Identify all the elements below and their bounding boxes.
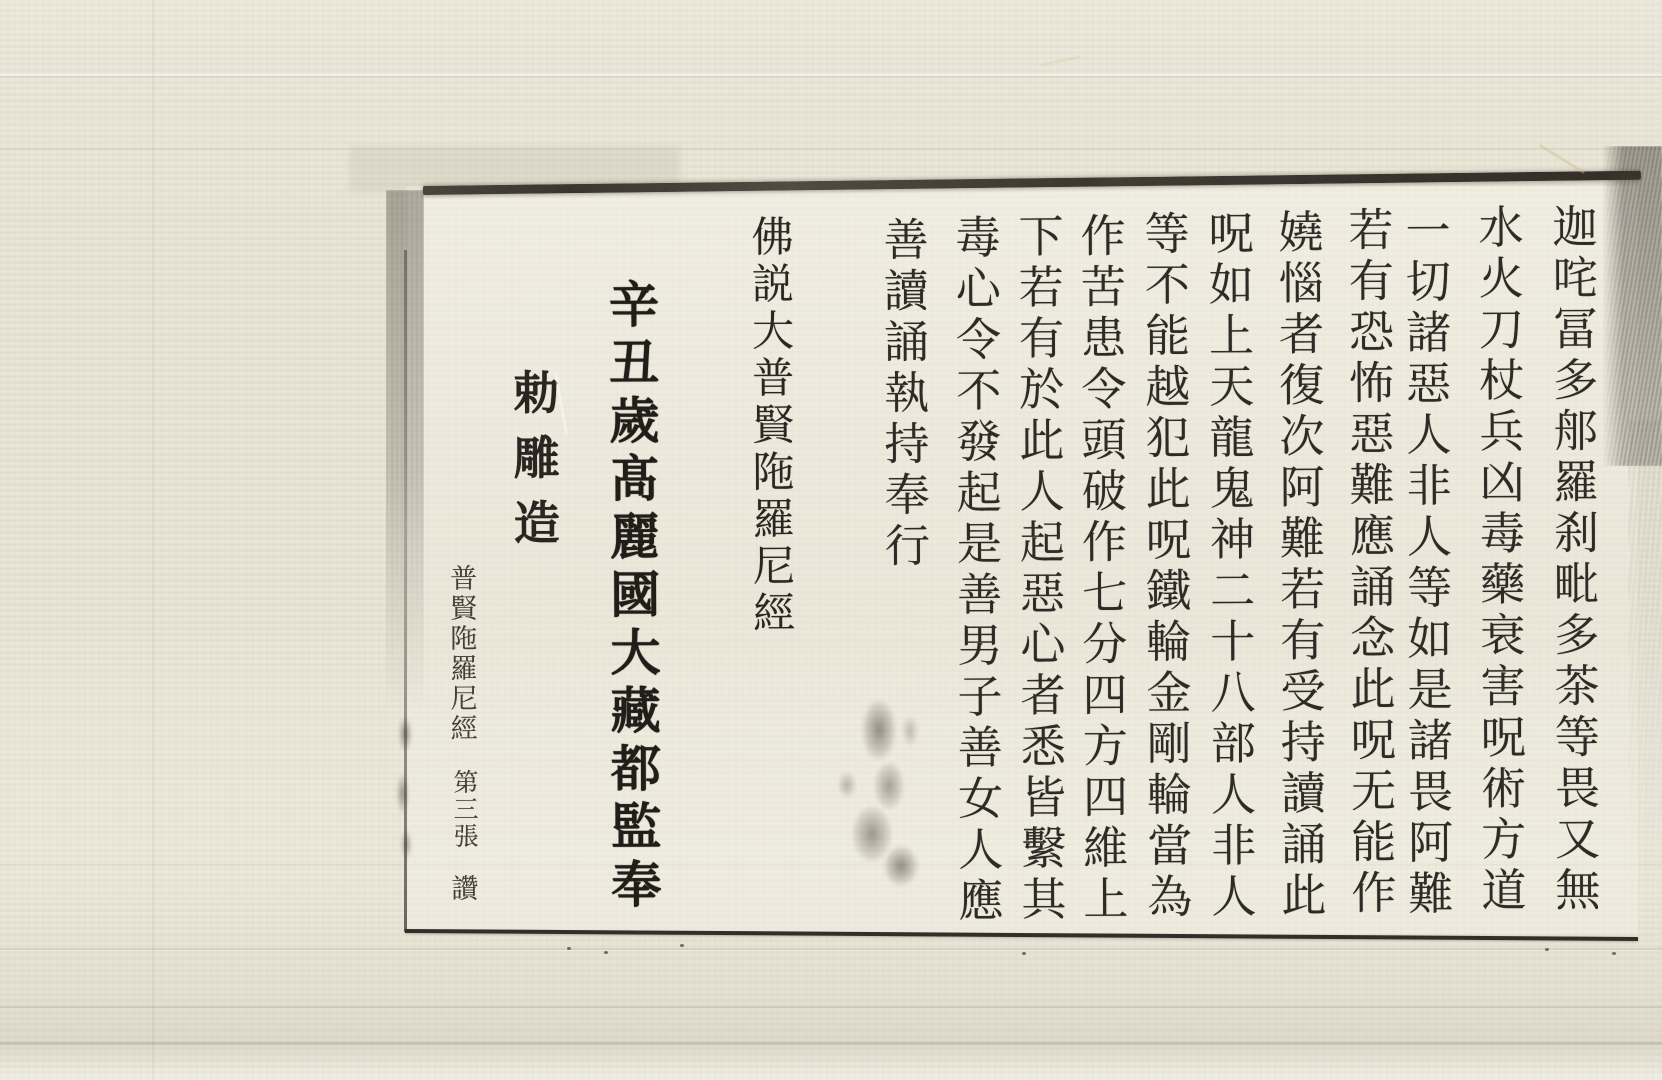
ink-speck (567, 947, 571, 950)
text-column-1: 迦咤冨多郍羅刹毗多茶等畏又無 (1538, 203, 1606, 917)
ink-smudge (902, 716, 918, 746)
text-column-7: 等不能越犯此呪鐵輪金剛輪當為 (1130, 210, 1198, 924)
text-column-8: 作苦患令頭破作七分四方四維上 (1066, 212, 1134, 926)
ink-smudge (862, 700, 896, 760)
colophon-edict-column: 勅雕造 (499, 368, 566, 563)
text-column-10: 毒心令不發起是善男子善女人應 (941, 214, 1009, 928)
ink-smudge (884, 846, 918, 886)
scanned-sutra-sheet: 迦咤冨多郍羅刹毗多茶等畏又無 水火刀杖兵凶毒藥衰害呪術方道 一切諸惡人非人等如是… (0, 0, 1662, 1080)
ink-speck (680, 944, 684, 947)
text-column-5: 嬈惱者復次阿難若有受持讀誦此 (1264, 208, 1332, 922)
ink-speck (1368, 418, 1372, 421)
text-column-9: 下若有於此人起惡心者悉皆繫其 (1004, 212, 1072, 926)
ink-speck (1545, 948, 1549, 951)
ink-smudge (874, 762, 904, 810)
text-column-4: 若有恐怖惡難應誦念此呪无能作 (1334, 206, 1402, 920)
text-block: 迦咤冨多郍羅刹毗多茶等畏又無 水火刀杖兵凶毒藥衰害呪術方道 一切諸惡人非人等如是… (0, 0, 1662, 1080)
ink-speck (604, 951, 608, 954)
text-column-11-closing: 善讀誦執持奉行 (869, 216, 936, 573)
ink-smudge (852, 806, 892, 862)
sutra-end-title-column: 佛説大普賢陁羅尼經 (738, 214, 800, 637)
colophon-date-column: 辛丑歲髙麗國大藏都監奉 (594, 278, 669, 916)
margin-sheet-number: 第三張 (445, 769, 481, 850)
margin-case-mark: 讚 (443, 874, 482, 904)
ink-speck (1612, 952, 1616, 955)
text-column-2: 水火刀杖兵凶毒藥衰害呪術方道 (1464, 203, 1532, 917)
ink-speck (1022, 952, 1026, 955)
margin-short-title: 普賢陁羅尼經 (442, 564, 482, 744)
ink-smudge (838, 772, 856, 798)
text-column-6: 呪如上天龍鬼神二十八部人非人 (1194, 209, 1262, 923)
